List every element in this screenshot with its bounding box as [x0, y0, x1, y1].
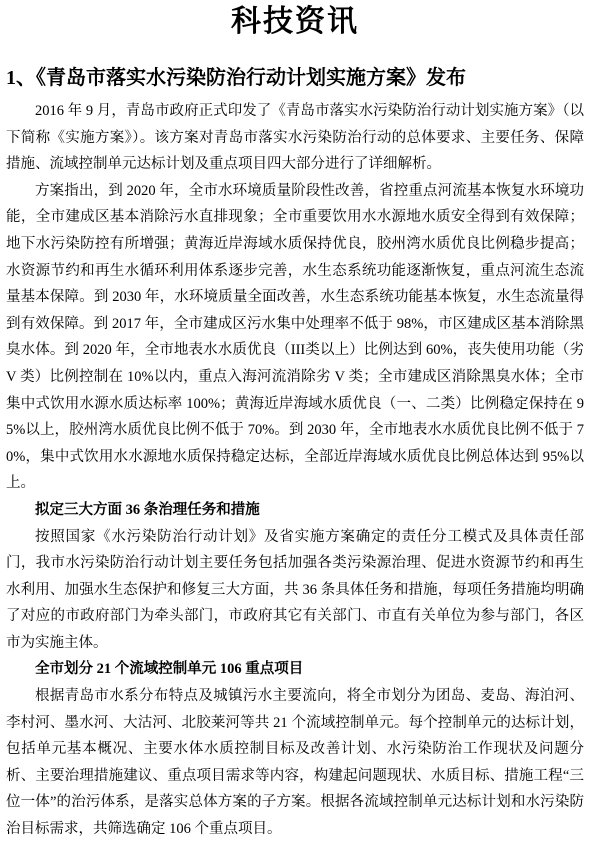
paragraph-tasks-detail: 按照国家《水污染防治行动计划》及省实施方案确定的责任分工模式及具体责任部门，我市…: [6, 524, 584, 657]
page-title: 科技资讯: [6, 3, 584, 40]
subheading-treatment-tasks: 拟定三大方面 36 条治理任务和措施: [6, 497, 584, 524]
article-heading: 1、《青岛市落实水污染防治行动计划实施方案》发布: [6, 64, 584, 92]
document-page: 科技资讯 1、《青岛市落实水污染防治行动计划实施方案》发布 2016 年 9 月…: [0, 0, 590, 846]
paragraph-goals: 方案指出，到 2020 年，全市水环境质量阶段性改善，省控重点河流基本恢复水环境…: [6, 178, 584, 497]
paragraph-units-detail: 根据青岛市水系分布特点及城镇污水主要流向，将全市划分为团岛、麦岛、海泊河、李村河…: [6, 683, 584, 843]
paragraph-intro: 2016 年 9 月，青岛市政府正式印发了《青岛市落实水污染防治行动计划实施方案…: [6, 98, 584, 178]
subheading-control-units: 全市划分 21 个流域控制单元 106 重点项目: [6, 656, 584, 683]
